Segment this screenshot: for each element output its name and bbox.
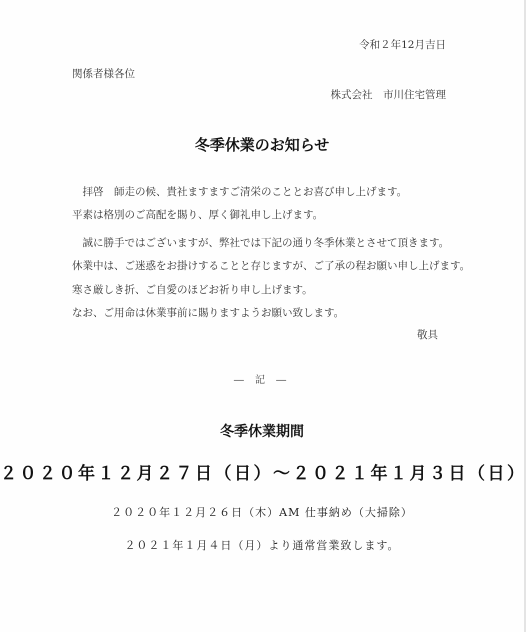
resume-date: ２０２１年１月４日（月）より通常営業致します。	[0, 539, 524, 553]
body-paragraph: 拝啓 師走の候、貴社ますますご清栄のこととお喜び申し上げます。	[72, 185, 407, 199]
body-paragraph: なお、ご用命は休業事前に賜りますようお願い致します。	[72, 306, 344, 320]
closing-keigu: 敬具	[417, 328, 438, 342]
body-paragraph: 寒さ厳しき折、ご自愛のほどお祈り申し上げます。	[72, 283, 313, 297]
body-paragraph: 誠に勝手ではございますが、弊社では下記の通り冬季休業とさせて頂きます。	[72, 236, 449, 250]
closure-period: ２０２０年１２月２７日（日）～２０２１年１月３日（日）	[0, 463, 524, 485]
recipient: 関係者様各位	[72, 67, 135, 81]
document-page: 令和２年12月吉日 関係者様各位 株式会社 市川住宅管理 冬季休業のお知らせ 拝…	[0, 0, 526, 632]
ki-separator: ― 記 ―	[0, 374, 524, 388]
closure-heading: 冬季休業期間	[0, 423, 524, 441]
page-title: 冬季休業のお知らせ	[0, 135, 524, 155]
last-working-day: ２０２０年１２月２６日（木）AM 仕事納め（大掃除）	[0, 506, 524, 520]
document-date: 令和２年12月吉日	[359, 38, 446, 52]
sender-company: 株式会社 市川住宅管理	[331, 88, 447, 102]
body-paragraph: 平素は格別のご高配を賜り、厚く御礼申し上げます。	[72, 208, 323, 222]
body-paragraph: 休業中は、ご迷惑をお掛けすることと存じますが、ご了承の程お願い申し上げます。	[72, 259, 470, 273]
